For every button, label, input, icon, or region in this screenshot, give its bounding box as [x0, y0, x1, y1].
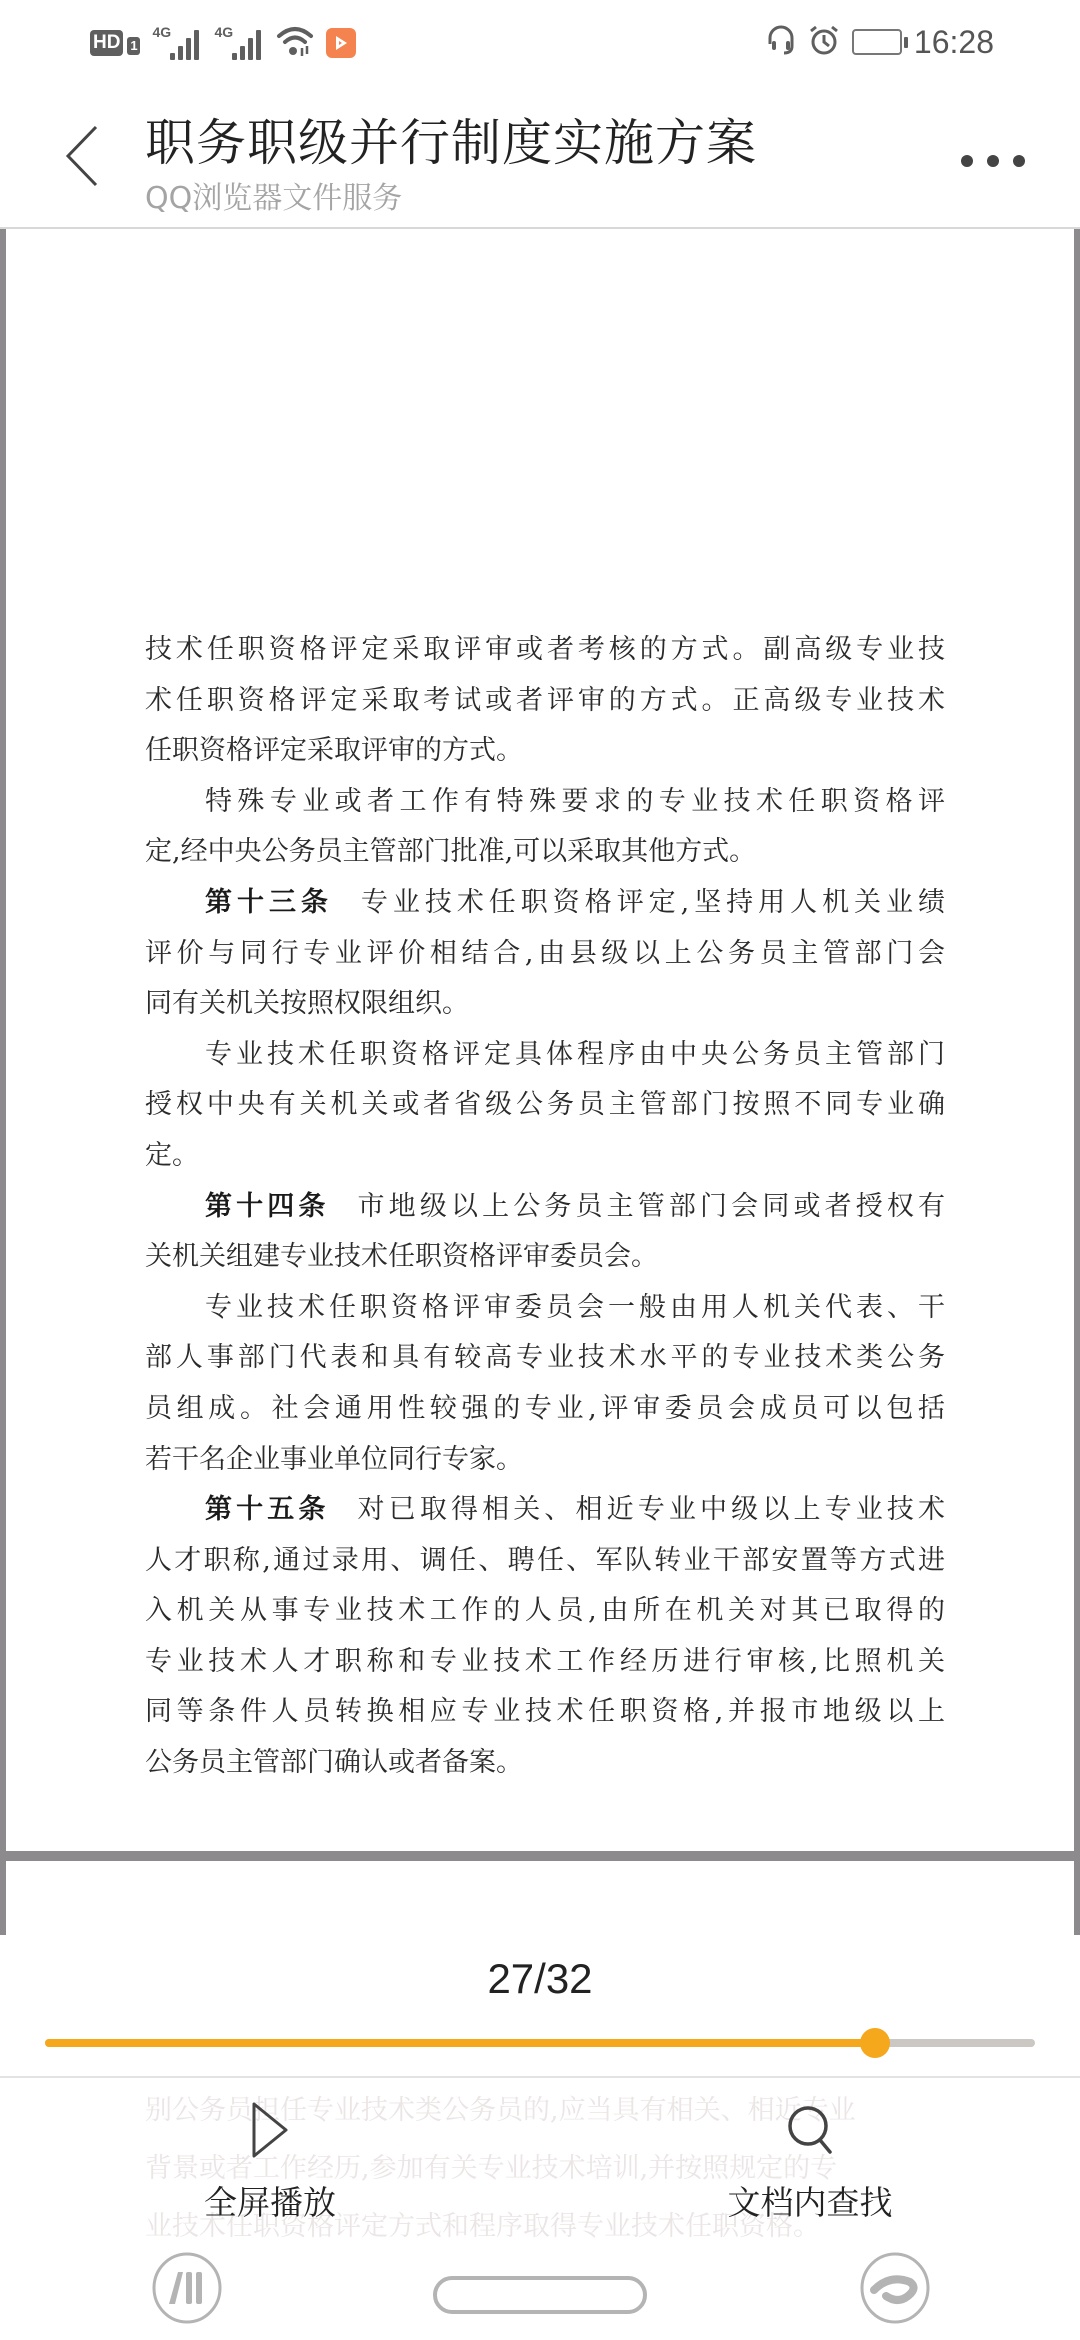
line-text: 同等条件人员转换相应专业技术任职资格,并报市地级以上 — [145, 1696, 945, 1727]
next-page — [6, 1861, 1074, 1935]
page-indicator: 27/32 — [0, 1955, 1080, 2003]
more-horizontal-icon — [961, 155, 973, 167]
document-line: 术任职资格评定采取考试或者评审的方式。正高级专业技术 — [145, 676, 945, 727]
document-line: 第十五条对已取得相关、相近专业中级以上专业技术 — [145, 1485, 945, 1536]
document-line: 第十四条市地级以上公务员主管部门会同或者授权有 — [145, 1182, 945, 1233]
slider-thumb[interactable] — [860, 2028, 890, 2058]
document-line: 评价与同行专业评价相结合,由县级以上公务员主管部门会 — [145, 929, 945, 980]
document-line: 同等条件人员转换相应专业技术任职资格,并报市地级以上 — [145, 1687, 945, 1738]
line-text: 公务员主管部门确认或者备案。 — [145, 1747, 523, 1778]
line-text: 授权中央有关机关或者省级公务员主管部门按照不同专业确 — [145, 1089, 945, 1120]
document-line: 任职资格评定采取评审的方式。 — [145, 726, 945, 777]
back-button[interactable] — [60, 121, 110, 191]
document-line: 授权中央有关机关或者省级公务员主管部门按照不同专业确 — [145, 1080, 945, 1131]
line-text: 专业技术任职资格评审委员会一般由用人机关代表、干 — [205, 1292, 945, 1323]
system-nav-bar — [0, 2240, 1080, 2340]
alarm-icon — [808, 24, 840, 60]
assistant-icon — [860, 2252, 930, 2324]
document-line: 特殊专业或者工作有特殊要求的专业技术任职资格评 — [145, 777, 945, 828]
line-text: 术任职资格评定采取考试或者评审的方式。正高级专业技术 — [145, 685, 945, 716]
clock: 16:28 — [914, 24, 994, 61]
document-title: 职务职级并行制度实施方案 — [145, 103, 757, 175]
line-text: 专业技术任职资格评定具体程序由中央公务员主管部门 — [205, 1039, 945, 1070]
document-line: 人才职称,通过录用、调任、聘任、军队转业干部安置等方式进 — [145, 1536, 945, 1587]
hd-icon: HD — [90, 30, 123, 56]
document-line: 技术任职资格评定采取评审或者考核的方式。副高级专业技 — [145, 625, 945, 676]
find-in-document-label: 文档内查找 — [700, 2177, 920, 2224]
status-icons-left: HD 1 4G 4G — [90, 26, 356, 60]
document-line: 定,经中央公务员主管部门批准,可以采取其他方式。 — [145, 827, 945, 878]
app-shortcut-button[interactable] — [152, 2252, 222, 2324]
line-text: 部人事部门代表和具有较高专业技术水平的专业技术类公务 — [145, 1342, 945, 1373]
document-line: 部人事部门代表和具有较高专业技术水平的专业技术类公务 — [145, 1333, 945, 1384]
current-page: 技术任职资格评定采取评审或者考核的方式。副高级专业技术任职资格评定采取考试或者评… — [6, 338, 1074, 1851]
document-line: 定。 — [145, 1131, 945, 1182]
page-body-text: 技术任职资格评定采取评审或者考核的方式。副高级专业技术任职资格评定采取考试或者评… — [145, 625, 945, 1789]
home-pill-button[interactable] — [433, 2276, 647, 2314]
line-text: 评价与同行专业评价相结合,由县级以上公务员主管部门会 — [145, 938, 945, 969]
fullscreen-play-button[interactable]: 全屏播放 — [160, 2095, 380, 2224]
play-icon — [160, 2095, 380, 2165]
app-shortcut-icon — [152, 2252, 222, 2324]
line-text: 入机关从事专业技术工作的人员,由所在机关对其已取得的 — [145, 1595, 945, 1626]
wifi-icon — [276, 25, 314, 61]
document-line: 公务员主管部门确认或者备案。 — [145, 1738, 945, 1789]
document-line: 同有关机关按照权限组织。 — [145, 979, 945, 1030]
line-text: 人才职称,通过录用、调任、聘任、军队转业干部安置等方式进 — [145, 1545, 945, 1576]
line-text: 专业技术任职资格评定,坚持用人机关业绩 — [361, 887, 945, 918]
line-text: 技术任职资格评定采取评审或者考核的方式。副高级专业技 — [145, 634, 945, 665]
line-text: 专业技术人才职称和专业技术工作经历进行审核,比照机关 — [145, 1646, 945, 1677]
page-slider[interactable] — [45, 2037, 1035, 2049]
4g-signal-icon: 4G — [214, 26, 264, 60]
line-text: 若干名企业事业单位同行专家。 — [145, 1444, 523, 1475]
document-line: 专业技术人才职称和专业技术工作经历进行审核,比照机关 — [145, 1637, 945, 1688]
article-number: 第十三条 — [205, 887, 333, 918]
line-text: 市地级以上公务员主管部门会同或者授权有 — [358, 1191, 945, 1222]
line-text: 关机关组建专业技术任职资格评审委员会。 — [145, 1241, 658, 1272]
document-line: 专业技术任职资格评定具体程序由中央公务员主管部门 — [145, 1030, 945, 1081]
line-text: 任职资格评定采取评审的方式。 — [145, 735, 523, 766]
document-line: 若干名企业事业单位同行专家。 — [145, 1435, 945, 1486]
document-viewport[interactable]: 技术任职资格评定采取评审或者考核的方式。副高级专业技术任职资格评定采取考试或者评… — [0, 229, 1080, 1935]
line-text: 定,经中央公务员主管部门批准,可以采取其他方式。 — [145, 836, 756, 867]
search-icon — [700, 2095, 920, 2165]
more-options-button[interactable] — [961, 151, 1025, 171]
assistant-button[interactable] — [860, 2252, 930, 2324]
status-bar: HD 1 4G 4G — [0, 0, 1080, 85]
line-text: 对已取得相关、相近专业中级以上专业技术 — [358, 1494, 945, 1525]
document-line: 第十三条专业技术任职资格评定,坚持用人机关业绩 — [145, 878, 945, 929]
document-line: 专业技术任职资格评审委员会一般由用人机关代表、干 — [145, 1283, 945, 1334]
chevron-left-icon — [60, 121, 110, 191]
divider — [0, 2076, 1080, 2078]
headset-icon — [766, 24, 796, 60]
line-text: 员组成。社会通用性较强的专业,评审委员会成员可以包括 — [145, 1393, 945, 1424]
slider-progress — [45, 2039, 875, 2047]
document-line: 入机关从事专业技术工作的人员,由所在机关对其已取得的 — [145, 1586, 945, 1637]
line-text: 定。 — [145, 1140, 199, 1171]
app-notification-icon — [326, 28, 356, 58]
line-text: 同有关机关按照权限组织。 — [145, 988, 469, 1019]
4g-signal-icon: 4G — [152, 26, 202, 60]
app-header: 职务职级并行制度实施方案 QQ浏览器文件服务 — [0, 85, 1080, 229]
sim1-icon: 1 — [127, 37, 140, 55]
article-number: 第十五条 — [205, 1494, 330, 1525]
battery-icon — [852, 29, 902, 55]
fullscreen-play-label: 全屏播放 — [160, 2177, 380, 2224]
document-line: 员组成。社会通用性较强的专业,评审委员会成员可以包括 — [145, 1384, 945, 1435]
article-number: 第十四条 — [205, 1191, 330, 1222]
status-icons-right: 16:28 — [766, 22, 994, 62]
document-source: QQ浏览器文件服务 — [145, 173, 402, 217]
line-text: 特殊专业或者工作有特殊要求的专业技术任职资格评 — [205, 786, 945, 817]
find-in-document-button[interactable]: 文档内查找 — [700, 2095, 920, 2224]
document-line: 关机关组建专业技术任职资格评审委员会。 — [145, 1232, 945, 1283]
